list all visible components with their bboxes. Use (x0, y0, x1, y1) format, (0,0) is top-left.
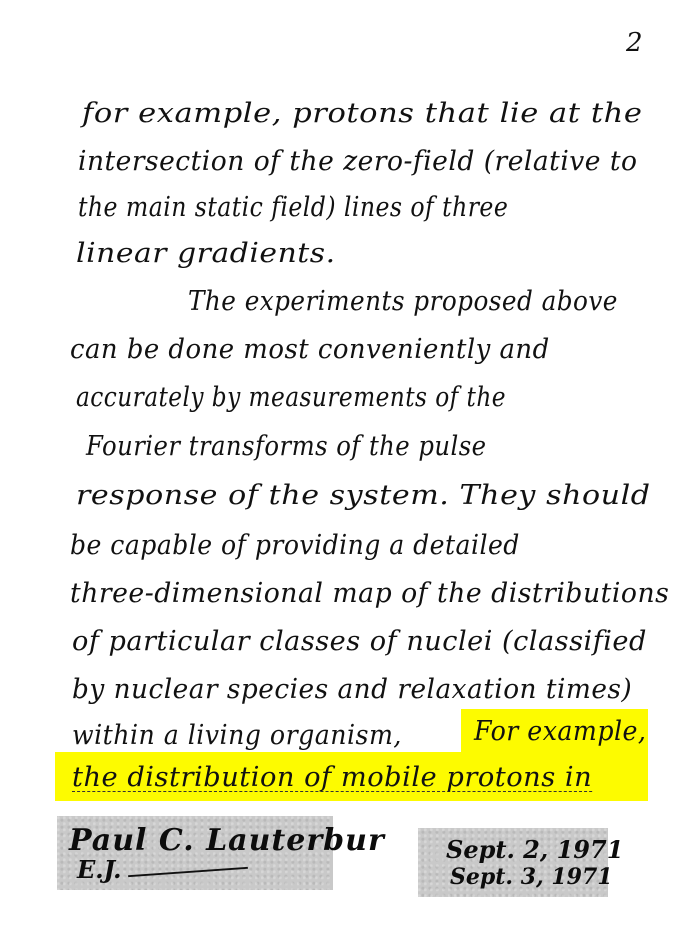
page-number: 2 (626, 28, 643, 58)
date-entry: Sept. 2, 1971 (446, 838, 623, 862)
text-line: response of the system. They should (76, 482, 651, 509)
text-line: intersection of the zero-field (relative… (78, 148, 637, 175)
signature-name: Paul C. Lauterbur (69, 826, 385, 856)
highlighted-text: the distribution of mobile protons in (72, 764, 592, 792)
text-line: the main static field) lines of three (78, 194, 508, 221)
date-entry: Sept. 3, 1971 (450, 866, 613, 888)
text-line: Fourier transforms of the pulse (86, 433, 486, 460)
text-line: be capable of providing a detailed (70, 532, 520, 559)
signature-box: Paul C. Lauterbur E.J. (57, 816, 333, 890)
highlighted-text: For example, (474, 718, 646, 745)
text-line: linear gradients. (76, 240, 336, 267)
text-line: for example, protons that lie at the (82, 100, 642, 127)
text-line: three-dimensional map of the distributio… (70, 580, 669, 607)
text-line: of particular classes of nuclei (classif… (72, 628, 647, 655)
text-line: accurately by measurements of the (76, 384, 506, 411)
text-line: within a living organism, (72, 722, 402, 749)
text-line: can be done most conveniently and (70, 336, 550, 363)
notebook-page: 2 for example, protons that lie at the i… (0, 0, 700, 940)
date-box: Sept. 2, 1971 Sept. 3, 1971 (418, 828, 608, 897)
text-line: by nuclear species and relaxation times) (72, 676, 632, 703)
text-line: The experiments proposed above (188, 288, 618, 315)
witness-initials: E.J. (77, 858, 248, 882)
